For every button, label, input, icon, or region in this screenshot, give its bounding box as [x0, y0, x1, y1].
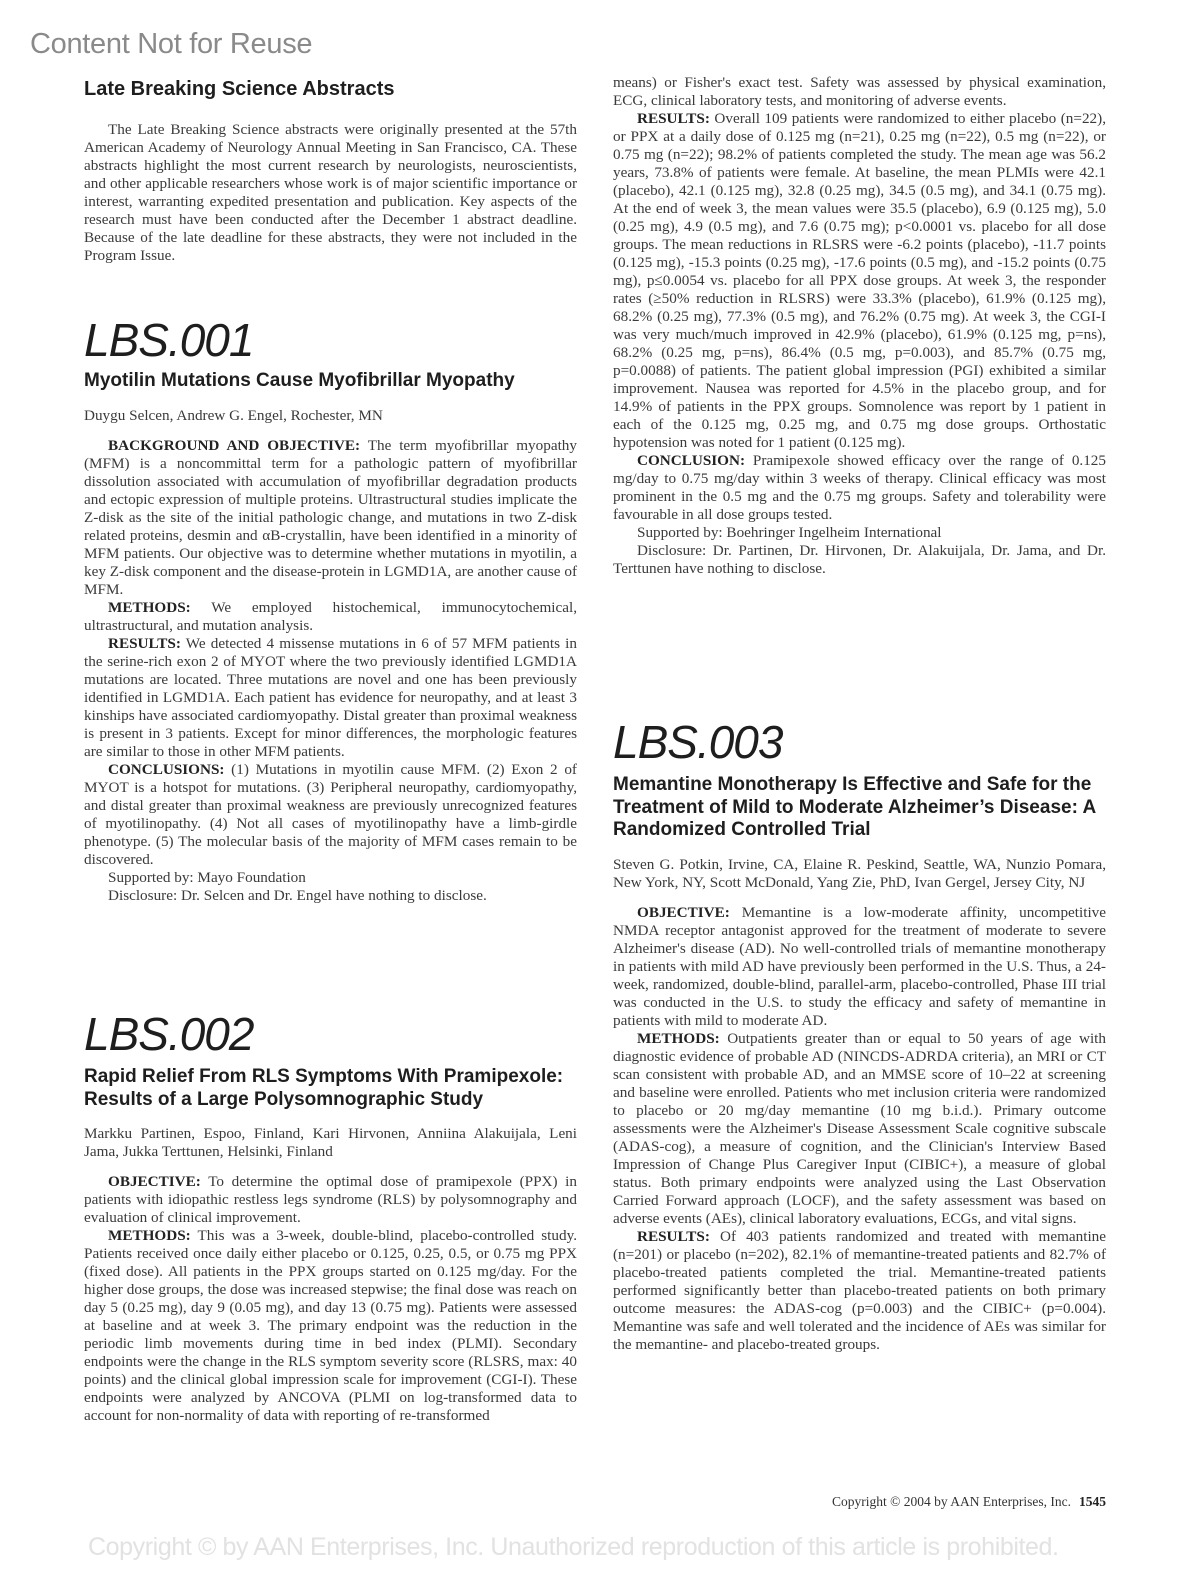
- abstract-section-conclusion: CONCLUSION: Pramipexole showed efficacy …: [613, 452, 1106, 524]
- abstract-section-methods-continued: means) or Fisher's exact test. Safety wa…: [613, 74, 1106, 110]
- abstract-authors: Markku Partinen, Espoo, Finland, Kari Hi…: [84, 1125, 577, 1161]
- section-intro: The Late Breaking Science abstracts were…: [84, 121, 577, 265]
- abstract-body: OBJECTIVE: To determine the optimal dose…: [84, 1173, 577, 1425]
- supported-by: Supported by: Mayo Foundation: [84, 869, 577, 887]
- abstract-title: Myotilin Mutations Cause Myofibrillar My…: [84, 370, 577, 393]
- supported-by: Supported by: Boehringer Ingelheim Inter…: [613, 524, 1106, 542]
- disclosure: Disclosure: Dr. Selcen and Dr. Engel hav…: [84, 887, 577, 905]
- section-label: OBJECTIVE:: [108, 1173, 201, 1190]
- footer-copyright: Copyright © 2004 by AAN Enterprises, Inc…: [832, 1494, 1071, 1509]
- page-footer: Copyright © 2004 by AAN Enterprises, Inc…: [768, 1494, 1106, 1510]
- watermark-copyright: Copyright © by AAN Enterprises, Inc. Una…: [88, 1533, 1059, 1562]
- section-label: OBJECTIVE:: [637, 904, 730, 921]
- abstract-section-objective: OBJECTIVE: Memantine is a low-moderate a…: [613, 904, 1106, 1030]
- section-heading: Late Breaking Science Abstracts: [84, 78, 395, 101]
- abstract-section-results: RESULTS: We detected 4 missense mutation…: [84, 635, 577, 761]
- abstract-title: Rapid Relief From RLS Symptoms With Pram…: [84, 1066, 577, 1111]
- watermark-content-not-for-reuse: Content Not for Reuse: [30, 28, 312, 61]
- abstract-section-conclusions: CONCLUSIONS: (1) Mutations in myotilin c…: [84, 761, 577, 869]
- abstract-section-methods: METHODS: This was a 3-week, double-blind…: [84, 1227, 577, 1425]
- abstract-section-methods: METHODS: Outpatients greater than or equ…: [613, 1030, 1106, 1228]
- abstract-lbs-001: LBS.001 Myotilin Mutations Cause Myofibr…: [84, 314, 577, 905]
- abstract-lbs-002-continued: means) or Fisher's exact test. Safety wa…: [613, 74, 1106, 578]
- abstract-lbs-002: LBS.002 Rapid Relief From RLS Symptoms W…: [84, 1008, 577, 1425]
- section-label: CONCLUSIONS:: [108, 761, 224, 778]
- abstract-section-objective: OBJECTIVE: To determine the optimal dose…: [84, 1173, 577, 1227]
- page-number: 1545: [1079, 1494, 1106, 1509]
- intro-paragraph: The Late Breaking Science abstracts were…: [84, 121, 577, 265]
- abstract-body: BACKGROUND AND OBJECTIVE: The term myofi…: [84, 437, 577, 905]
- section-label: RESULTS:: [108, 635, 181, 652]
- abstract-number: LBS.001: [84, 314, 577, 366]
- abstract-body: OBJECTIVE: Memantine is a low-moderate a…: [613, 904, 1106, 1354]
- abstract-number: LBS.003: [613, 716, 1106, 768]
- abstract-number: LBS.002: [84, 1008, 577, 1060]
- abstract-section-background: BACKGROUND AND OBJECTIVE: The term myofi…: [84, 437, 577, 599]
- abstract-title: Memantine Monotherapy Is Effective and S…: [613, 774, 1106, 842]
- disclosure: Disclosure: Dr. Partinen, Dr. Hirvonen, …: [613, 542, 1106, 578]
- abstract-section-results: RESULTS: Of 403 patients randomized and …: [613, 1228, 1106, 1354]
- section-label: METHODS:: [637, 1030, 720, 1047]
- section-label: RESULTS:: [637, 1228, 710, 1245]
- section-label: CONCLUSION:: [637, 452, 745, 469]
- abstract-section-results: RESULTS: Overall 109 patients were rando…: [613, 110, 1106, 452]
- section-label: RESULTS:: [637, 110, 710, 127]
- section-label: METHODS:: [108, 599, 191, 616]
- section-label: BACKGROUND AND OBJECTIVE:: [108, 437, 360, 454]
- abstract-authors: Duygu Selcen, Andrew G. Engel, Rochester…: [84, 407, 577, 425]
- section-label: METHODS:: [108, 1227, 191, 1244]
- abstract-lbs-003: LBS.003 Memantine Monotherapy Is Effecti…: [613, 716, 1106, 1354]
- abstract-authors: Steven G. Potkin, Irvine, CA, Elaine R. …: [613, 856, 1106, 892]
- abstract-section-methods: METHODS: We employed histochemical, immu…: [84, 599, 577, 635]
